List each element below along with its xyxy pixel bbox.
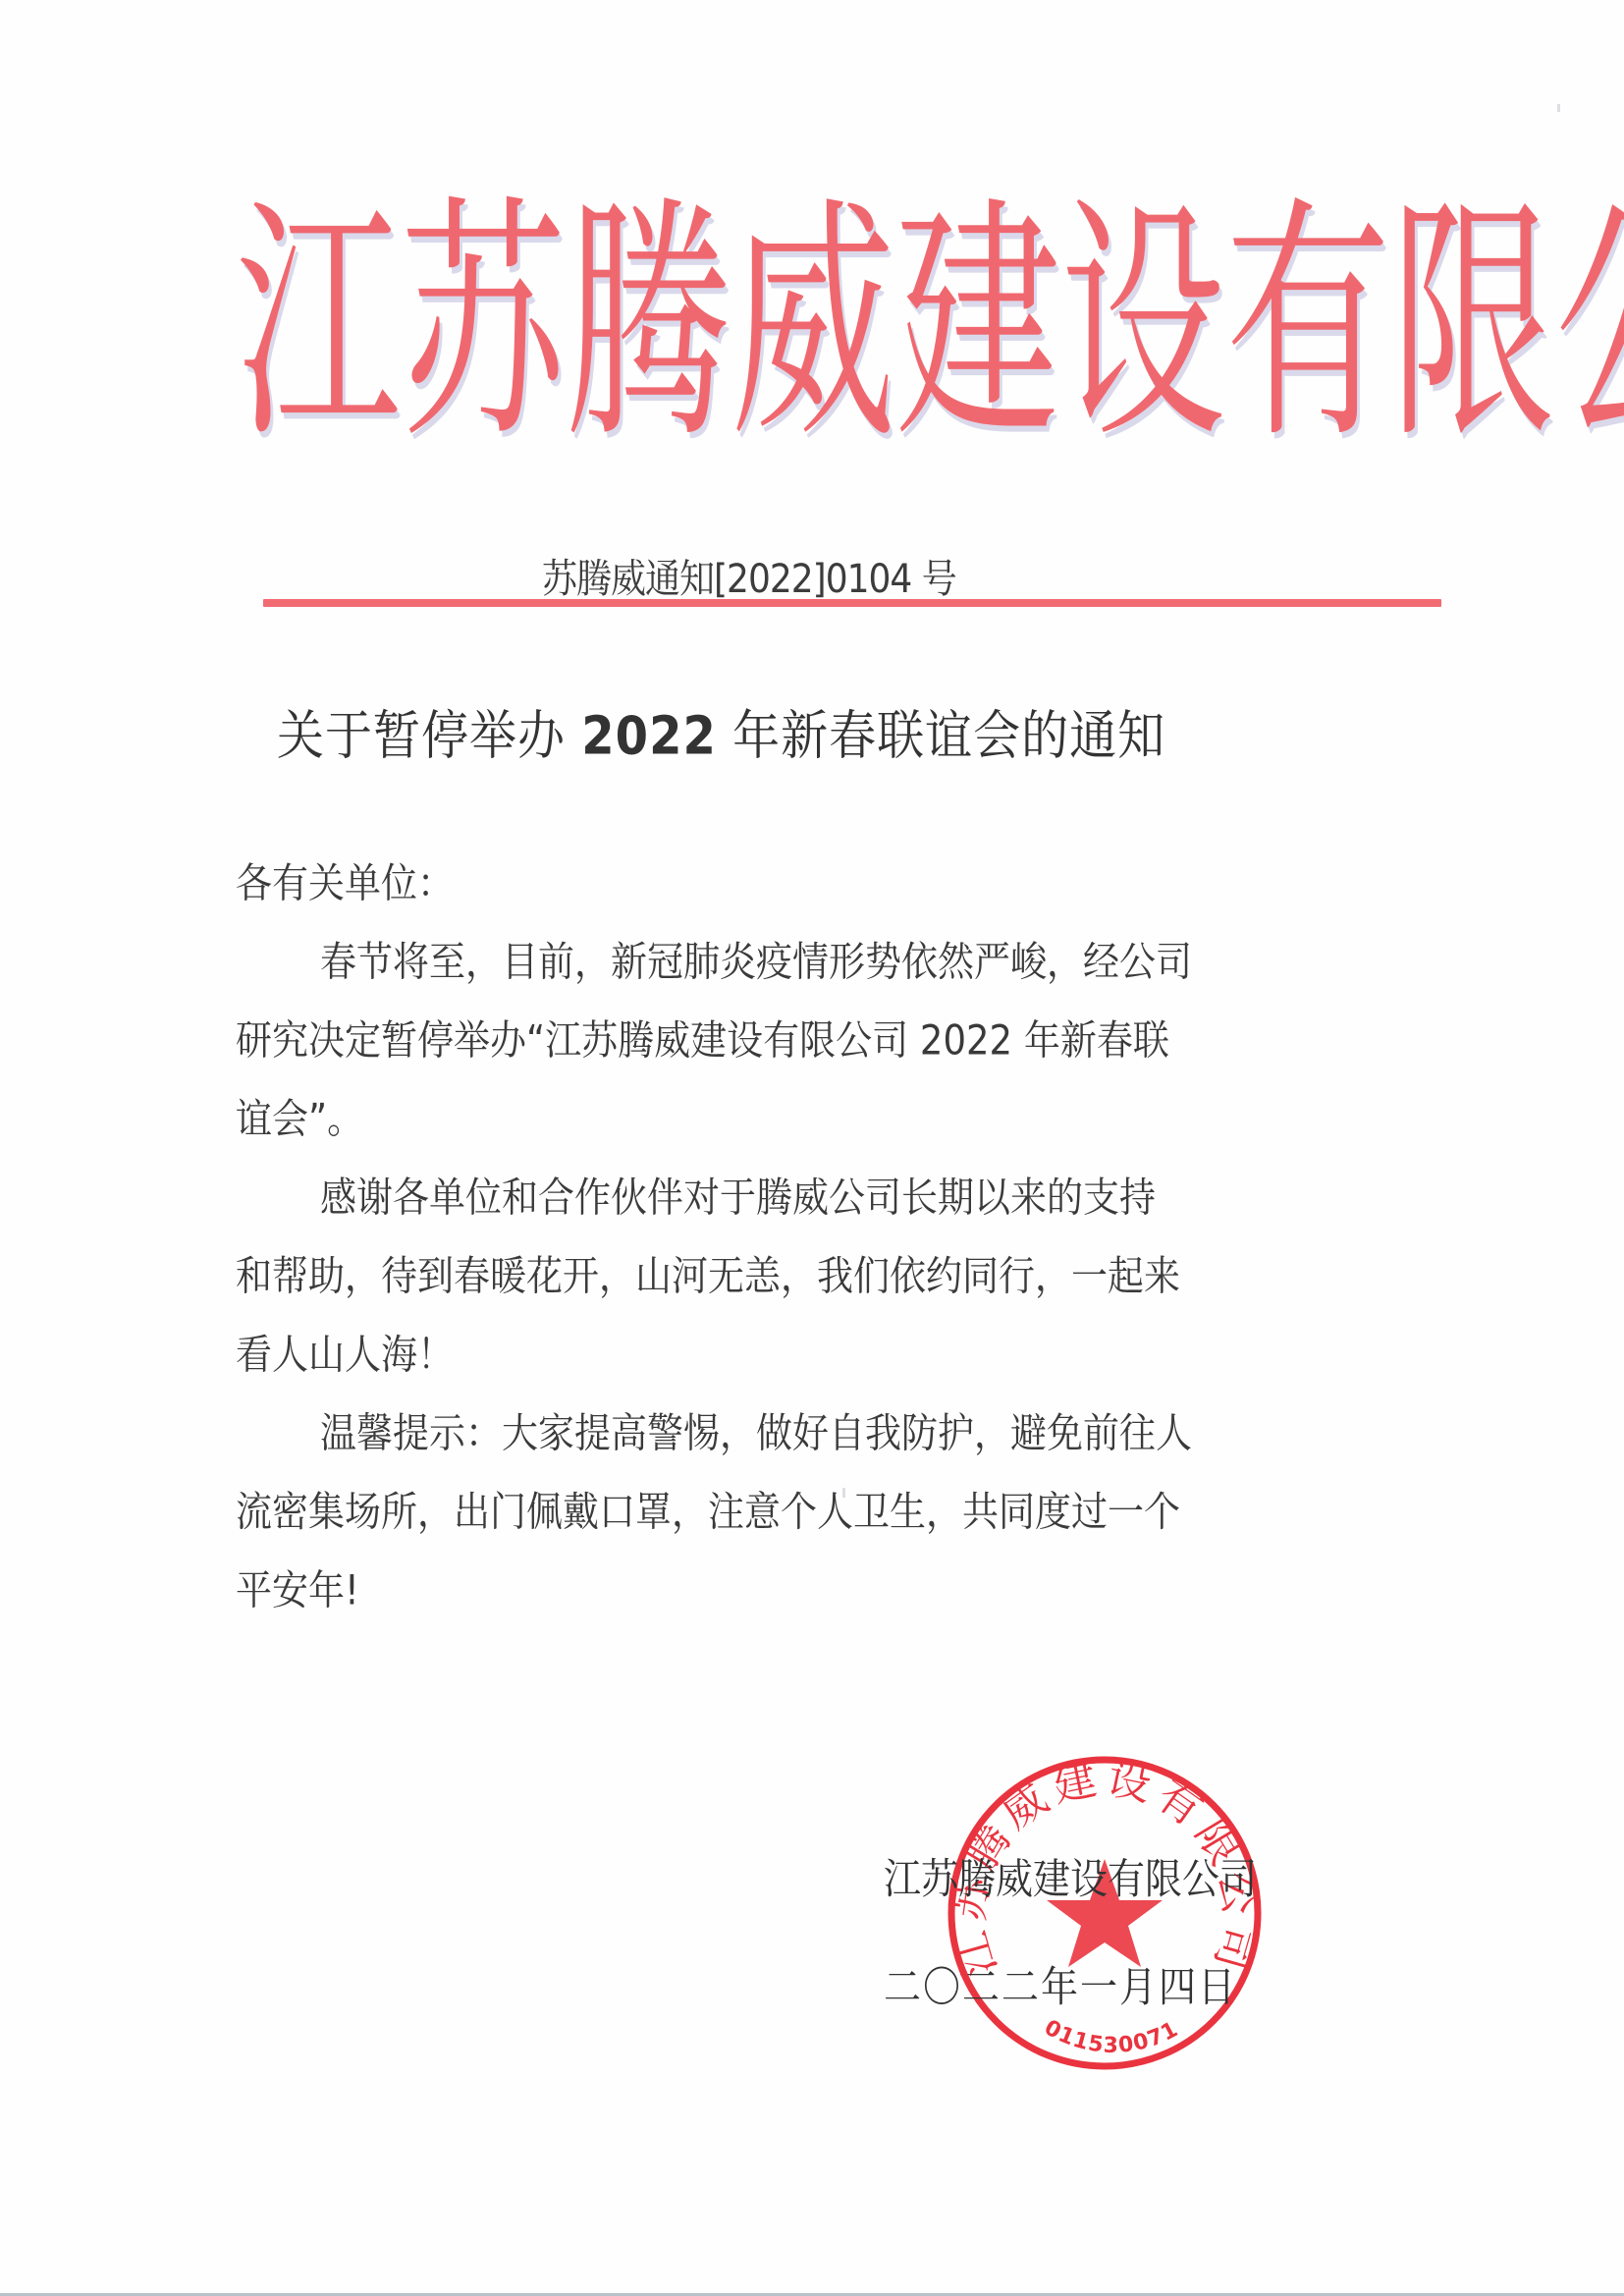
letterhead-char: 有 bbox=[1225, 196, 1390, 452]
scan-speck bbox=[1557, 104, 1560, 112]
document-number: 苏腾威通知[2022]0104 号 bbox=[542, 548, 956, 604]
scan-speck bbox=[842, 1488, 845, 1498]
letterhead-char: 公 bbox=[1555, 196, 1624, 452]
paragraph-1-line: 谊会”。 bbox=[236, 1075, 1365, 1164]
letterhead-char: 腾 bbox=[566, 196, 731, 452]
signature-block: 江苏腾威建设有限公司 二〇二二年一月四日 bbox=[884, 1846, 1257, 2062]
signature-company: 江苏腾威建设有限公司 bbox=[884, 1846, 1257, 1967]
paragraph-3-line: 平安年! bbox=[236, 1547, 1365, 1635]
document-body: 各有关单位： 春节将至，目前，新冠肺炎疫情形势依然严峻，经公司 研究决定暂停举办… bbox=[236, 845, 1365, 1630]
salutation: 各有关单位： bbox=[236, 840, 1365, 928]
paragraph-1-line: 研究决定暂停举办“江苏腾威建设有限公司 2022 年新春联 bbox=[236, 997, 1365, 1085]
paragraph-2-line: 和帮助，待到春暖花开，山河无恙，我们依约同行，一起来 bbox=[236, 1232, 1365, 1321]
paragraph-2-line: 感谢各单位和合作伙伴对于腾威公司长期以来的支持 bbox=[236, 1154, 1365, 1242]
letterhead-char: 建 bbox=[895, 196, 1060, 452]
letterhead-char: 苏 bbox=[401, 196, 566, 452]
letterhead-char: 限 bbox=[1390, 196, 1555, 452]
document-title: 关于暂停举办 2022 年新春联谊会的通知 bbox=[277, 693, 1165, 769]
paragraph-1-line: 春节将至，目前，新冠肺炎疫情形势依然严峻，经公司 bbox=[236, 918, 1365, 1007]
red-divider-rule bbox=[263, 599, 1441, 607]
paragraph-2-line: 看人山人海！ bbox=[236, 1311, 1365, 1399]
paragraph-3-line: 流密集场所，出门佩戴口罩，注意个人卫生，共同度过一个 bbox=[236, 1468, 1365, 1557]
letterhead-char: 设 bbox=[1060, 196, 1225, 452]
letterhead: 江 苏 腾 威 建 设 有 限 公 司 bbox=[236, 201, 1453, 447]
title-year: 2022 bbox=[581, 705, 717, 767]
title-prefix: 关于暂停举办 bbox=[277, 705, 581, 767]
letterhead-char: 威 bbox=[731, 196, 895, 452]
letterhead-char: 江 bbox=[236, 196, 401, 452]
document-page: 江 苏 腾 威 建 设 有 限 公 司 苏腾威通知[2022]0104 号 关于… bbox=[0, 0, 1624, 2296]
title-suffix: 年新春联谊会的通知 bbox=[717, 705, 1165, 767]
signature-date: 二〇二二年一月四日 bbox=[884, 1954, 1257, 2075]
paragraph-3-line: 温馨提示：大家提高警惕，做好自我防护，避免前往人 bbox=[236, 1390, 1365, 1478]
